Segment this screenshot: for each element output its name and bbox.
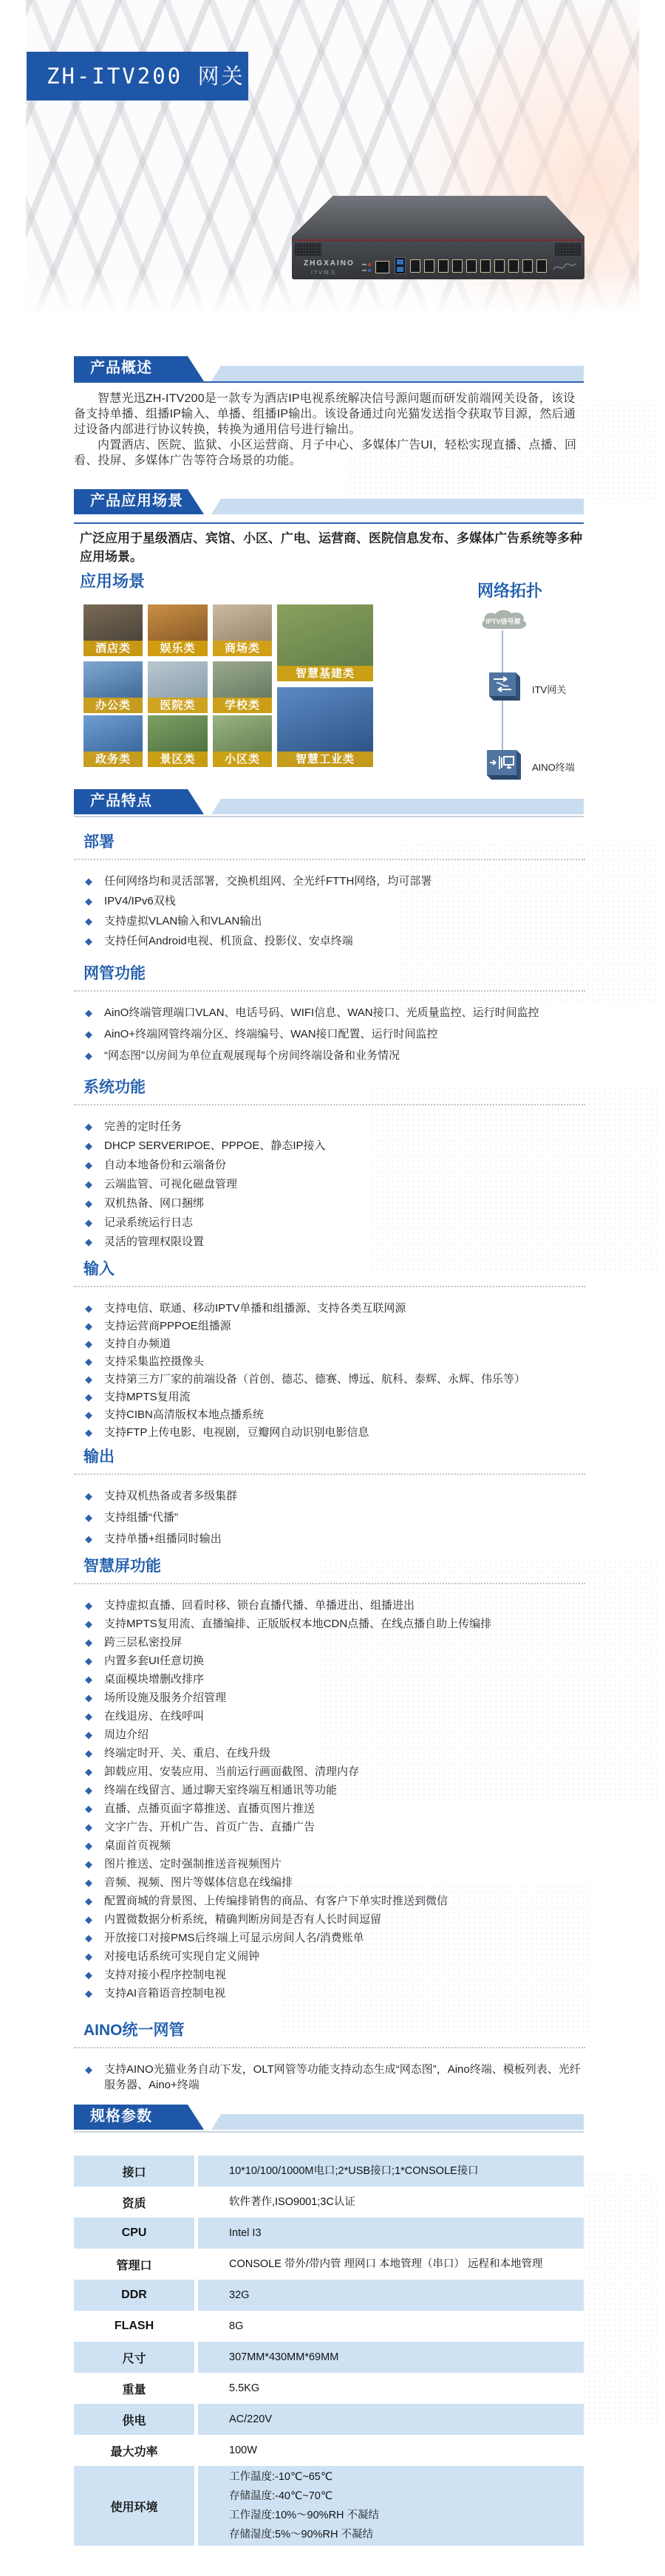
ethernet-port — [480, 259, 491, 273]
spec-value-line: 工作湿度:10%～90%RH 不凝结 — [229, 2506, 584, 2525]
page-title: ZH-ITV200 网关 — [27, 52, 248, 100]
spec-row: 尺寸307MM*430MM*69MM — [74, 2342, 584, 2373]
feature-list: AinO终端管理端口VLAN、电话号码、WIFI信息、WAN接口、光质量监控、运… — [83, 1005, 585, 1069]
feature-item: 支持AI音箱语音控制电视 — [83, 1986, 585, 2001]
scenario-tile: 办公类 — [83, 661, 143, 713]
spec-value: AC/220V — [198, 2404, 584, 2435]
device-console-port — [375, 261, 389, 273]
feature-section: 网管功能AinO终端管理端口VLAN、电话号码、WIFI信息、WAN接口、光质量… — [74, 965, 585, 983]
feature-section-heading: 系统功能 — [83, 1079, 585, 1097]
cloud-icon: IPTV信号源 — [477, 608, 529, 635]
feature-section: 系统功能完善的定时任务DHCP SERVERIPOE、PPPOE、静态IP接入自… — [74, 1079, 585, 1097]
banner-title: 产品特点 — [74, 789, 204, 814]
feature-item: IPV4/IPv6双栈 — [83, 893, 585, 909]
spec-row: FLASH8G — [74, 2311, 584, 2342]
scenario-tile-label: 办公类 — [83, 698, 143, 713]
feature-list: 支持电信、联通、移动IPTV单播和组播源、支持各类互联网源支持运营商PPPOE组… — [83, 1301, 585, 1442]
banner-block: 产品应用场景 — [74, 489, 204, 514]
feature-section-heading: 网管功能 — [83, 965, 585, 983]
ethernet-port — [452, 259, 463, 273]
dotted-divider — [74, 1473, 585, 1475]
section-banner-scenarios: 产品应用场景 — [74, 489, 584, 514]
feature-list: 完善的定时任务DHCP SERVERIPOE、PPPOE、静态IP接入自动本地备… — [83, 1119, 585, 1253]
ethernet-port — [508, 259, 519, 273]
feature-item: AinO+终端网管终端分区、终端编号、WAN接口配置、运行时间监控 — [83, 1026, 585, 1042]
spec-key: 尺寸 — [74, 2342, 194, 2373]
device-signature-decoration — [552, 260, 577, 273]
feature-section: 智慧屏功能支持虚拟直播、回看时移、锁台直播代播、单播进出、组播进出支持MPTS复… — [74, 1558, 585, 1575]
scenario-tile: 智慧基建类 — [277, 604, 373, 681]
device-front-panel: ZHGXAINO ITV网关 — [292, 236, 584, 279]
scenario-gallery: 酒店类娱乐类商场类智慧基建类办公类医院类学校类智慧工业类政务类景区类小区类 — [83, 604, 374, 767]
scenario-tile-label: 娱乐类 — [148, 641, 208, 656]
feature-item: 支持虚拟VLAN输入和VLAN输出 — [83, 913, 585, 929]
spec-table: 接口10*10/100/1000M电口;2*USB接口;1*CONSOLE接口资… — [74, 2156, 584, 2546]
spec-value: 软件著作,ISO9001;3C认证 — [198, 2187, 584, 2218]
terminal-icon — [485, 749, 524, 786]
feature-item: 桌面模块增删改排序 — [83, 1672, 585, 1687]
feature-item: 音频、视频、图片等媒体信息在线编排 — [83, 1875, 585, 1890]
scenario-tile-label: 政务类 — [83, 752, 143, 767]
ethernet-port — [536, 259, 547, 273]
dotted-divider — [74, 2047, 585, 2048]
feature-item: 支持第三方厂家的前端设备（首创、德芯、德赛、博远、航科、泰辉、永辉、伟乐等） — [83, 1372, 585, 1387]
device-led-indicators — [362, 263, 372, 273]
scenario-tile-label: 景区类 — [148, 752, 208, 767]
feature-list: 支持AINO光猫业务自动下发，OLT网管等功能支持动态生成“网态图”，Aino终… — [83, 2062, 585, 2096]
ethernet-port — [466, 259, 477, 273]
section-banner-specs: 规格参数 — [74, 2105, 584, 2130]
feature-item: 支持MPTS复用流 — [83, 1389, 585, 1405]
feature-item: 支持采集监控摄像头 — [83, 1354, 585, 1369]
feature-list: 支持虚拟直播、回看时移、锁台直播代播、单播进出、组播进出支持MPTS复用流、直播… — [83, 1598, 585, 2004]
feature-item: 任何网络均和灵活部署，交换机组网、全光纤FTTH网络，均可部署 — [83, 873, 585, 889]
overview-paragraph-2: 内置酒店、医院、监狱、小区运营商、月子中心、多媒体广告UI，轻松实现直播、点播、… — [74, 437, 585, 468]
feature-item: 内置微数据分析系统，精确判断房间是否有人长时间逗留 — [83, 1912, 585, 1927]
feature-item: 支持运营商PPPOE组播源 — [83, 1318, 585, 1334]
spec-value-line: 工作温度:-10℃~65℃ — [229, 2467, 584, 2487]
device-vent-right — [555, 243, 582, 256]
feature-section: 输出支持双机热备或者多级集群支持组播“代播”支持单播+组播同时输出 — [74, 1448, 585, 1466]
feature-item: 支持CIBN高清版权本地点播系统 — [83, 1407, 585, 1422]
feature-section-heading: 部署 — [83, 834, 585, 851]
dotted-divider — [74, 1286, 585, 1287]
svg-text:IPTV信号源: IPTV信号源 — [485, 617, 521, 625]
feature-item: 支持自办频道 — [83, 1336, 585, 1352]
feature-item: 双机热备、网口捆绑 — [83, 1196, 585, 1211]
spec-value: 100W — [198, 2435, 584, 2466]
spec-row: 使用环境工作温度:-10℃~65℃存储温度:-40℃~70℃工作湿度:10%～9… — [74, 2466, 584, 2546]
feature-item: 周边介绍 — [83, 1727, 585, 1742]
feature-item: 终端定时开、关、重启、在线升级 — [83, 1745, 585, 1761]
spec-value: 5.5KG — [198, 2373, 584, 2404]
banner-light-bar — [211, 2114, 584, 2130]
scenario-tile-label: 商场类 — [213, 641, 272, 656]
feature-item: 云端监管、可视化磁盘管理 — [83, 1176, 585, 1192]
banner-underline — [74, 522, 584, 524]
spec-row: 资质软件著作,ISO9001;3C认证 — [74, 2187, 584, 2218]
feature-item: 在线退房、在线呼叫 — [83, 1708, 585, 1724]
banner-light-bar — [211, 366, 584, 381]
feature-item: 配置商城的背景图、上传编排销售的商品、有客户下单实时推送到微信 — [83, 1893, 585, 1909]
spec-value: CONSOLE 带外/带内管 理网口 本地管理（串口） 远程和本地管理 — [198, 2249, 584, 2280]
feature-item: 完善的定时任务 — [83, 1119, 585, 1134]
feature-list: 支持双机热备或者多级集群支持组播“代播”支持单播+组播同时输出 — [83, 1488, 585, 1553]
feature-item: 支持虚拟直播、回看时移、锁台直播代播、单播进出、组播进出 — [83, 1598, 585, 1613]
spec-value: 8G — [198, 2311, 584, 2342]
scenario-tile: 医院类 — [148, 661, 208, 713]
scenario-tile: 商场类 — [213, 604, 272, 656]
feature-item: 内置多套UI任意切换 — [83, 1653, 585, 1669]
dotted-divider — [74, 1104, 585, 1105]
section-banner-overview: 产品概述 — [74, 356, 584, 381]
banner-underline — [74, 381, 584, 383]
spec-row: 接口10*10/100/1000M电口;2*USB接口;1*CONSOLE接口 — [74, 2156, 584, 2187]
gallery-title: 应用场景 — [80, 569, 145, 592]
gateway-device-photo: ZHGXAINO ITV网关 — [292, 196, 584, 279]
spec-value-line: 存储湿度:5%～90%RH 不凝结 — [229, 2525, 584, 2544]
scenario-tile-label: 酒店类 — [83, 641, 143, 656]
banner-title: 规格参数 — [74, 2105, 204, 2129]
feature-section-heading: 智慧屏功能 — [83, 1558, 585, 1575]
feature-item: 记录系统运行日志 — [83, 1215, 585, 1230]
spec-key: 供电 — [74, 2404, 194, 2435]
scenario-tile: 智慧工业类 — [277, 687, 373, 767]
device-usb-ports — [395, 257, 406, 274]
spec-value: 工作温度:-10℃~65℃存储温度:-40℃~70℃工作湿度:10%～90%RH… — [198, 2466, 584, 2546]
scenario-tile: 学校类 — [213, 661, 272, 713]
hero-fade — [26, 272, 639, 324]
spec-key: 接口 — [74, 2156, 194, 2187]
feature-item: 跨三层私密投屏 — [83, 1635, 585, 1650]
feature-item: 支持对接小程序控制电视 — [83, 1967, 585, 1983]
spec-key: DDR — [74, 2280, 194, 2311]
overview-paragraph-1: 智慧光迅ZH-ITV200是一款专为酒店IP电视系统解决信号源问题而研发前端网关… — [74, 391, 585, 437]
feature-item: 支持任何Android电视、机顶盒、投影仪、安卓终端 — [83, 933, 585, 949]
spec-key: 使用环境 — [74, 2466, 194, 2546]
device-vent-left — [295, 243, 321, 256]
feature-item: 支持双机热备或者多级集群 — [83, 1488, 585, 1504]
feature-item: 支持MPTS复用流、直播编排、正版版权本地CDN点播、在线点播自助上传编排 — [83, 1616, 585, 1632]
spec-row: DDR32G — [74, 2280, 584, 2311]
feature-section-heading: 输入 — [83, 1261, 585, 1278]
feature-section: AINO统一网管支持AINO光猫业务自动下发，OLT网管等功能支持动态生成“网态… — [74, 2022, 585, 2040]
feature-item: 场所设施及服务介绍管理 — [83, 1690, 585, 1706]
feature-item: “网态图”以房间为单位直观展现每个房间终端设备和业务情况 — [83, 1048, 585, 1063]
spec-key: 管理口 — [74, 2249, 194, 2280]
spec-key: CPU — [74, 2218, 194, 2249]
feature-item: 桌面首页视频 — [83, 1838, 585, 1853]
scenario-tile-label: 小区类 — [213, 752, 272, 767]
ethernet-port — [410, 259, 420, 273]
terminal-label: AINO终端 — [532, 760, 575, 774]
feature-item: AinO终端管理端口VLAN、电话号码、WIFI信息、WAN接口、光质量监控、运… — [83, 1005, 585, 1020]
product-page: ZH-ITV200 网关 ZHGXAINO ITV网关 产品概述 智慧光迅ZH-… — [0, 0, 665, 2576]
banner-block: 产品概述 — [74, 356, 204, 381]
scenarios-intro: 广泛应用于星级酒店、宾馆、小区、广电、运营商、医院信息发布、多媒体广告系统等多种… — [80, 528, 590, 565]
feature-item: 支持电信、联通、移动IPTV单播和组播源、支持各类互联网源 — [83, 1301, 585, 1316]
feature-item: 直播、点播页面字幕推送、直播页图片推送 — [83, 1801, 585, 1816]
scenario-tile-label: 学校类 — [213, 698, 272, 713]
feature-item: 图片推送、定时强制推送音视频图片 — [83, 1856, 585, 1872]
dotted-divider — [74, 990, 585, 992]
spec-key: 最大功率 — [74, 2435, 194, 2466]
scenario-tile: 小区类 — [213, 715, 272, 767]
banner-light-bar — [211, 799, 584, 814]
spec-row: 重量5.5KG — [74, 2373, 584, 2404]
ethernet-port — [438, 259, 449, 273]
banner-light-bar — [211, 499, 584, 514]
device-brand-label: ZHGXAINO — [304, 259, 355, 268]
dotted-divider — [74, 1583, 585, 1584]
feature-item: 自动本地备份和云端备份 — [83, 1157, 585, 1173]
dotted-divider — [74, 859, 585, 860]
scenario-tile-label: 智慧基建类 — [277, 666, 373, 681]
banner-title: 产品概述 — [74, 356, 204, 381]
feature-list: 任何网络均和灵活部署，交换机组网、全光纤FTTH网络，均可部署IPV4/IPv6… — [83, 873, 585, 953]
banner-underline — [74, 2131, 584, 2133]
spec-value-line: 存储温度:-40℃~70℃ — [229, 2487, 584, 2506]
scenario-tile: 景区类 — [148, 715, 208, 767]
network-topology-diagram: IPTV信号源 ITV网关 AINO终端 — [473, 602, 635, 787]
feature-item: 支持组播“代播” — [83, 1510, 585, 1525]
spec-value: 307MM*430MM*69MM — [198, 2342, 584, 2373]
feature-item: 支持单播+组播同时输出 — [83, 1531, 585, 1547]
spec-value: 32G — [198, 2280, 584, 2311]
spec-row: CPUIntel I3 — [74, 2218, 584, 2249]
feature-section: 部署任何网络均和灵活部署，交换机组网、全光纤FTTH网络，均可部署IPV4/IP… — [74, 834, 585, 851]
device-model-label: ITV网关 — [311, 269, 337, 276]
feature-item: 灵活的管理权限设置 — [83, 1234, 585, 1250]
feature-item: 对接电话系统可实现自定义闹钟 — [83, 1949, 585, 1964]
spec-key: FLASH — [74, 2311, 194, 2342]
switch-label: ITV网关 — [532, 682, 566, 696]
scenario-tile: 政务类 — [83, 715, 143, 767]
scenario-tile: 酒店类 — [83, 604, 143, 656]
spec-value: 10*10/100/1000M电口;2*USB接口;1*CONSOLE接口 — [198, 2156, 584, 2187]
scenario-tile: 娱乐类 — [148, 604, 208, 656]
spec-row: 管理口CONSOLE 带外/带内管 理网口 本地管理（串口） 远程和本地管理 — [74, 2249, 584, 2280]
feature-section-heading: 输出 — [83, 1448, 585, 1466]
feature-item: DHCP SERVERIPOE、PPPOE、静态IP接入 — [83, 1138, 585, 1154]
ethernet-port — [522, 259, 533, 273]
banner-block: 规格参数 — [74, 2105, 204, 2130]
spec-row: 供电AC/220V — [74, 2404, 584, 2435]
device-top-face — [292, 196, 584, 236]
device-ethernet-ports — [410, 259, 552, 274]
spec-key: 资质 — [74, 2187, 194, 2218]
feature-section: 输入支持电信、联通、移动IPTV单播和组播源、支持各类互联网源支持运营商PPPO… — [74, 1261, 585, 1278]
feature-item: 开放接口对接PMS后终端上可显示房间人名/消费账单 — [83, 1930, 585, 1946]
section-banner-features: 产品特点 — [74, 789, 584, 814]
feature-item: 终端在线留言、通过聊天室终端互相通讯等功能 — [83, 1782, 585, 1798]
spec-value: Intel I3 — [198, 2218, 584, 2249]
switch-icon — [488, 671, 523, 707]
spec-key: 重量 — [74, 2373, 194, 2404]
feature-section-heading: AINO统一网管 — [83, 2022, 585, 2040]
feature-item: 支持FTP上传电影、电视剧，豆瓣网自动识别电影信息 — [83, 1425, 585, 1440]
banner-underline — [74, 816, 584, 817]
ethernet-port — [424, 259, 434, 273]
overview-paragraphs: 智慧光迅ZH-ITV200是一款专为酒店IP电视系统解决信号源问题而研发前端网关… — [74, 391, 585, 468]
topology-title: 网络拓扑 — [477, 579, 542, 602]
scenario-tile-label: 医院类 — [148, 698, 208, 713]
banner-title: 产品应用场景 — [74, 489, 204, 514]
banner-block: 产品特点 — [74, 789, 204, 814]
device-red-stripe — [292, 239, 584, 241]
ethernet-port — [494, 259, 505, 273]
scenario-tile-label: 智慧工业类 — [277, 752, 373, 767]
feature-item: 卸载应用、安装应用、当前运行画面截图、清理内存 — [83, 1764, 585, 1779]
feature-item: 文字广告、开机广告、首页广告、直播广告 — [83, 1819, 585, 1835]
spec-row: 最大功率100W — [74, 2435, 584, 2466]
feature-item: 支持AINO光猫业务自动下发，OLT网管等功能支持动态生成“网态图”，Aino终… — [83, 2062, 585, 2093]
